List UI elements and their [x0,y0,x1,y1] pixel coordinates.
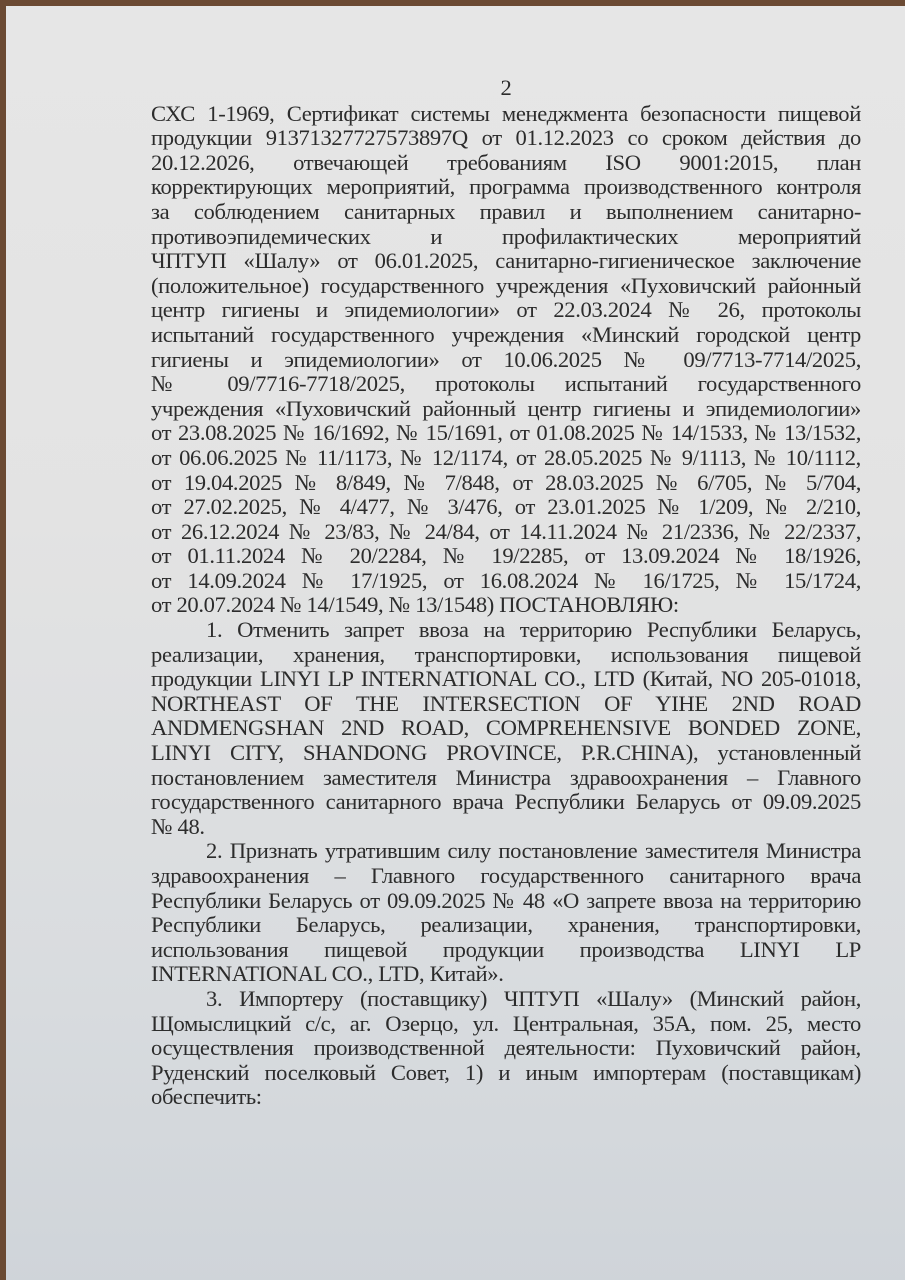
text-line: № 09/7716-7718/2025, протоколы испытаний… [151,372,861,397]
text-line: 1. Отменить запрет ввоза на территорию Р… [151,618,861,643]
text-line: LINYI CITY, SHANDONG PROVINCE, P.R.CHINA… [151,741,861,766]
text-line: от 01.11.2024 № 20/2284, № 19/2285, от 1… [151,544,861,569]
text-line: гигиены и эпидемиологии» от 10.06.2025 №… [151,348,861,373]
clause-3: 3. Импортеру (поставщику) ЧПТУП «Шалу» (… [151,987,861,1110]
preamble-paragraph: СХС 1-1969, Сертификат системы менеджмен… [151,102,861,618]
text-line: здравоохранения – Главного государственн… [151,864,861,889]
text-line: использования пищевой продукции производ… [151,938,861,963]
text-line: центр гигиены и эпидемиологии» от 22.03.… [151,298,861,323]
text-line: 3. Импортеру (поставщику) ЧПТУП «Шалу» (… [151,987,861,1012]
text-line: от 06.06.2025 № 11/1173, № 12/1174, от 2… [151,446,861,471]
text-line: ЧПТУП «Шалу» от 06.01.2025, санитарно-ги… [151,249,861,274]
text-line: от 23.08.2025 № 16/1692, № 15/1691, от 0… [151,421,861,446]
text-line: от 19.04.2025 № 8/849, № 7/848, от 28.03… [151,471,861,496]
text-line: осуществления производственной деятельно… [151,1036,861,1061]
text-line: Руденский поселковый Совет, 1) и иным им… [151,1061,861,1086]
text-line: INTERNATIONAL CO., LTD, Китай». [151,962,861,987]
clause-1: 1. Отменить запрет ввоза на территорию Р… [151,618,861,839]
text-line: продукции 91371327727573897Q от 01.12.20… [151,126,861,151]
text-line: Республики Беларусь от 09.09.2025 № 48 «… [151,889,861,914]
text-line: от 14.09.2024 № 17/1925, от 16.08.2024 №… [151,569,861,594]
clause-2: 2. Признать утратившим силу постановлени… [151,839,861,987]
text-line: 20.12.2026, отвечающей требованиям ISO 9… [151,151,861,176]
document-body: 2 СХС 1-1969, Сертификат системы менеджм… [151,76,861,1110]
text-line: учреждения «Пуховичский районный центр г… [151,397,861,422]
text-line: постановлением заместителя Министра здра… [151,766,861,791]
text-line: Щомыслицкий с/с, аг. Озерцо, ул. Централ… [151,1012,861,1037]
text-line: (положительное) государственного учрежде… [151,274,861,299]
text-line: продукции LINYI LP INTERNATIONAL CO., LT… [151,667,861,692]
text-line: реализации, хранения, транспортировки, и… [151,643,861,668]
text-line: 2. Признать утратившим силу постановлени… [151,839,861,864]
text-line: ANDMENGSHAN 2ND ROAD, COMPREHENSIVE BOND… [151,716,861,741]
text-line: СХС 1-1969, Сертификат системы менеджмен… [151,102,861,127]
page-number: 2 [151,76,861,101]
text-line: от 20.07.2024 № 14/1549, № 13/1548) ПОСТ… [151,593,861,618]
document-page: 2 СХС 1-1969, Сертификат системы менеджм… [6,6,905,1280]
text-line: Республики Беларусь, реализации, хранени… [151,913,861,938]
text-line: противоэпидемических и профилактических … [151,225,861,250]
text-line: корректирующих мероприятий, программа пр… [151,175,861,200]
text-line: обеспечить: [151,1085,861,1110]
text-line: от 27.02.2025, № 4/477, № 3/476, от 23.0… [151,495,861,520]
text-line: от 26.12.2024 № 23/83, № 24/84, от 14.11… [151,520,861,545]
text-line: NORTHEAST OF THE INTERSECTION OF YIHE 2N… [151,692,861,717]
text-line: государственного санитарного врача Респу… [151,790,861,815]
text-line: № 48. [151,815,861,840]
text-line: за соблюдением санитарных правил и выпол… [151,200,861,225]
text-line: испытаний государственного учреждения «М… [151,323,861,348]
